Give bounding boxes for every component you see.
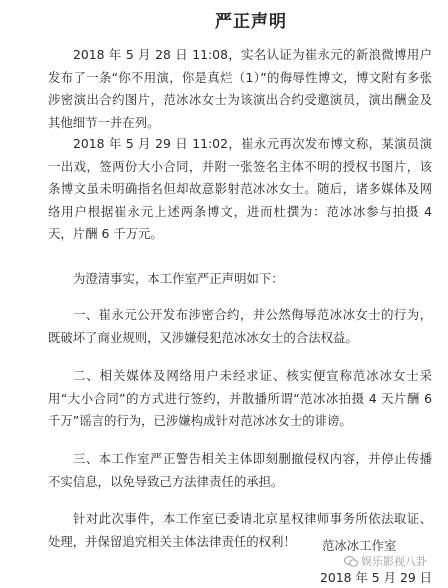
clause-1: 一、崔永元公开发布涉密合约，并公然侮辱范冰冰女士的行为，既破坏了商业规则，又涉嫌… — [48, 304, 432, 349]
paragraph-2: 2018 年 5 月 29 日 11:02，崔永元再次发布博文称，某演员演一出戏… — [48, 133, 432, 246]
watermark: 娱乐影视八卦 — [344, 553, 427, 569]
wechat-icon — [344, 556, 358, 567]
clause-3: 三、本工作室严正警告相关主体即刻删撤侵权内容，并停止传播不实信息，以免导致己方法… — [48, 448, 432, 493]
signature-date: 2018 年 5 月 29 日 — [320, 568, 432, 586]
clause-2: 二、相关媒体及网络用户未经求证、核实便宣称范冰冰女士采用“大小合同”的方式进行签… — [48, 365, 432, 433]
watermark-text: 娱乐影视八卦 — [361, 553, 427, 569]
document-title: 严正声明 — [48, 8, 432, 36]
paragraph-3: 为澄清事实，本工作室严正声明如下： — [48, 268, 432, 291]
paragraph-1: 2018 年 5 月 28 日 11:08，实名认证为崔永元的新浪微博用户发布了… — [48, 44, 432, 134]
signature-issuer: 范冰冰工作室 — [322, 536, 396, 554]
